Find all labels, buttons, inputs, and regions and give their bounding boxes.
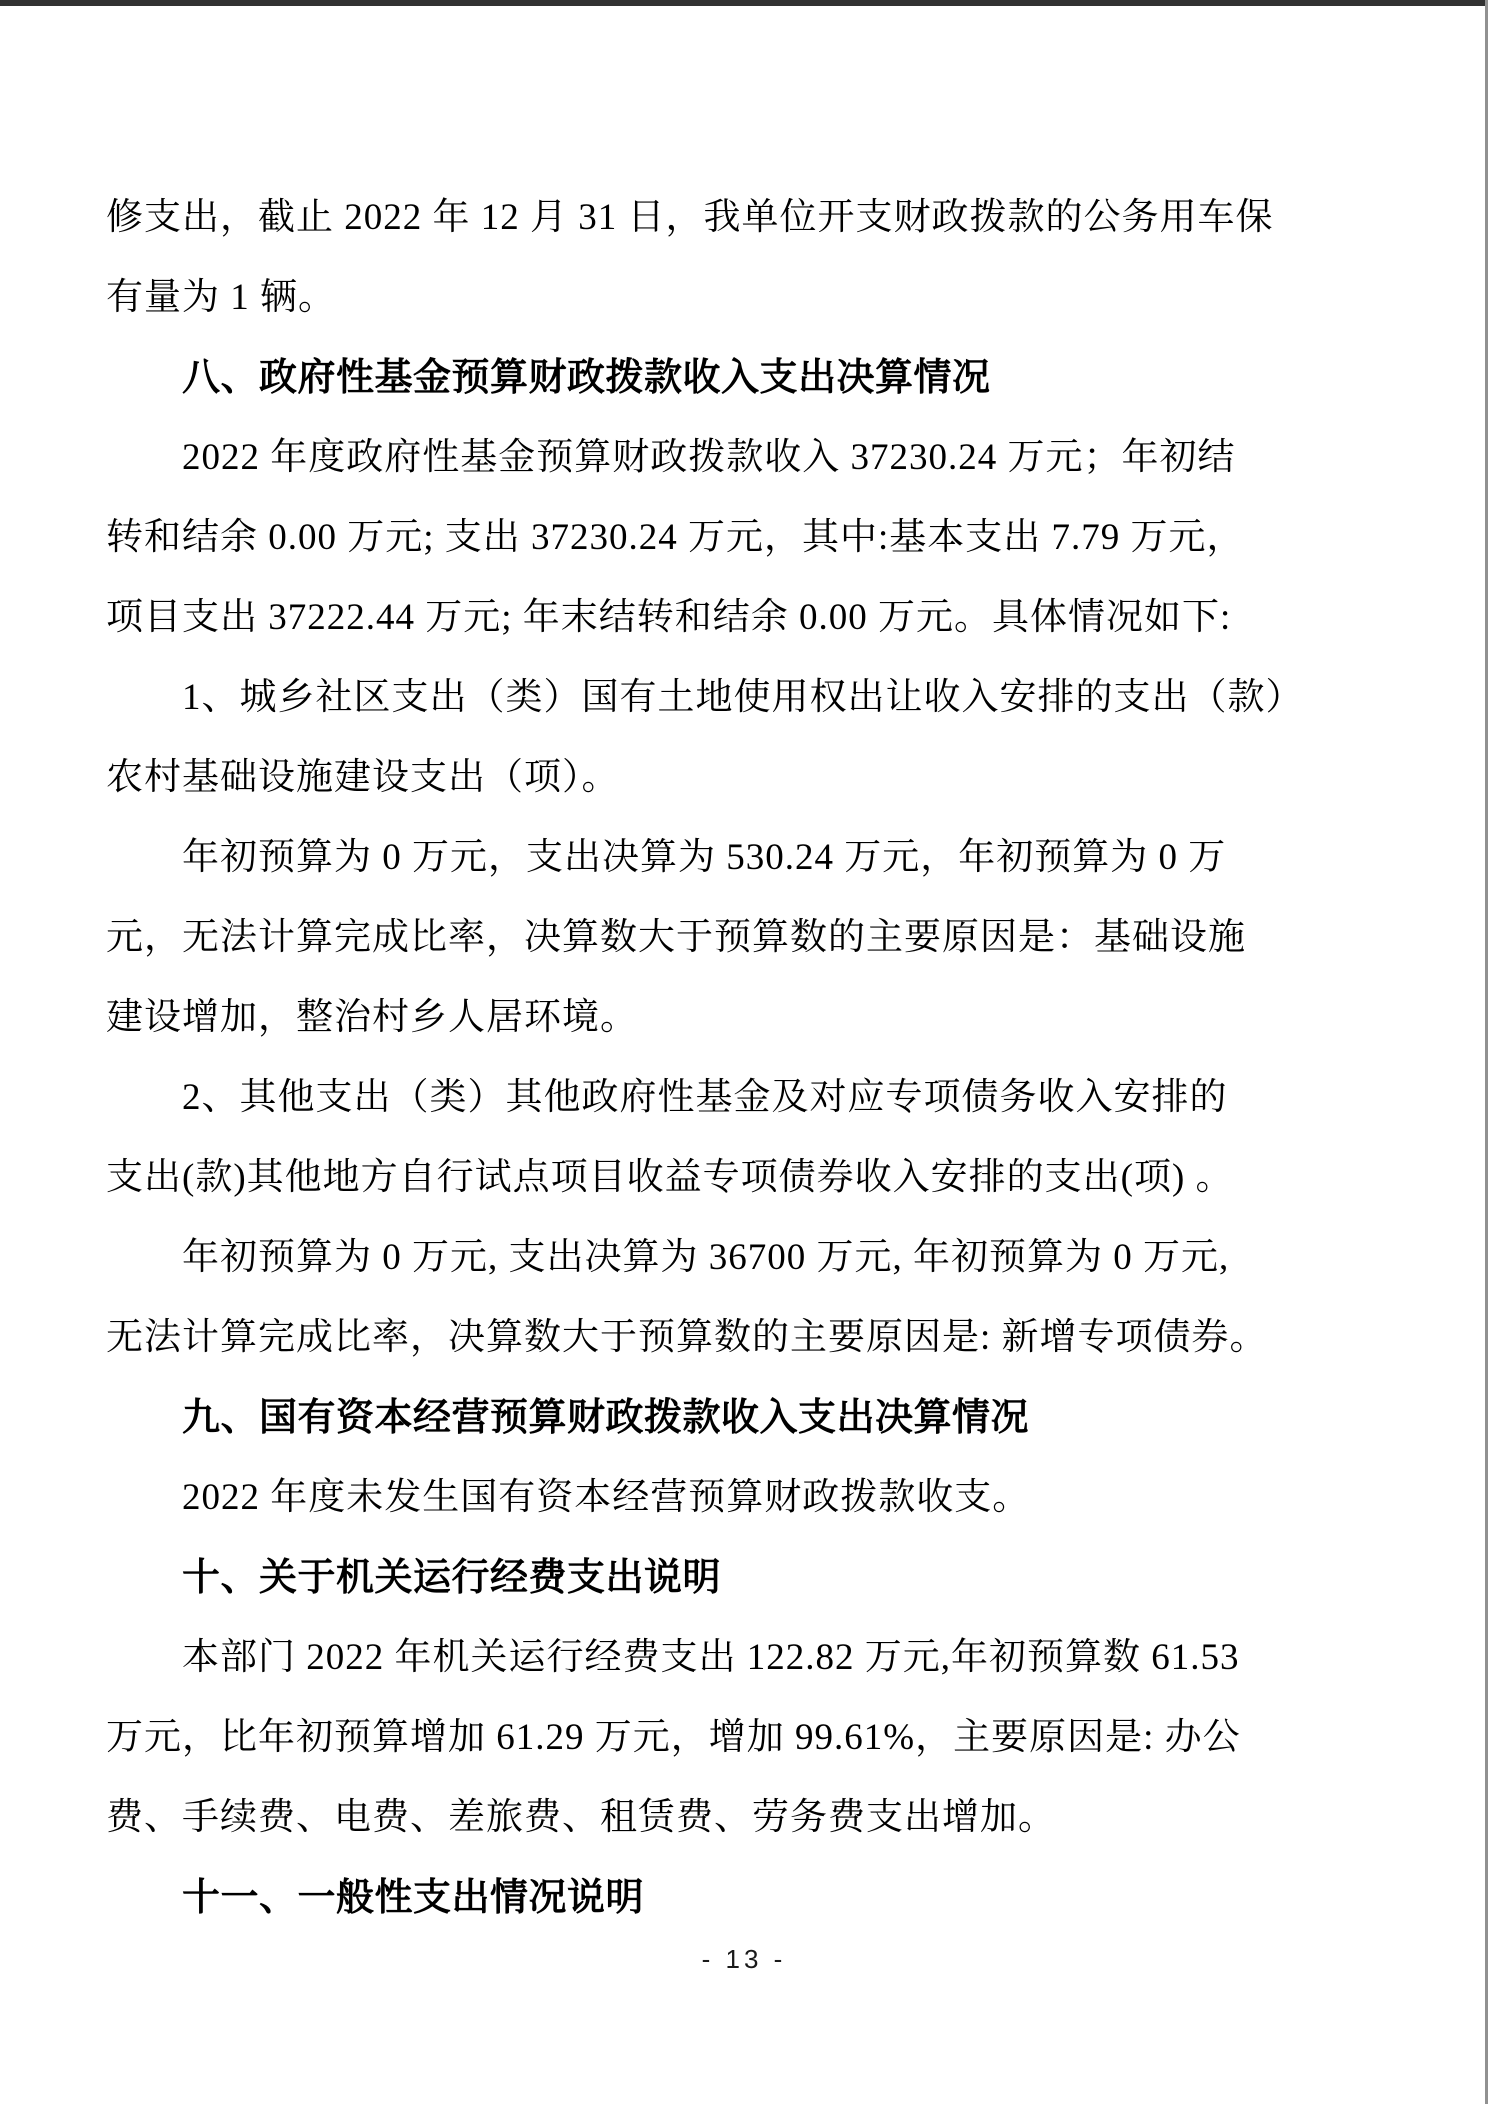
- text-line: 万元，比年初预算增加 61.29 万元，增加 99.61%，主要原因是: 办公: [106, 1698, 1398, 1778]
- text-line: 本部门 2022 年机关运行经费支出 122.82 万元,年初预算数 61.53: [106, 1618, 1398, 1698]
- text-line: 无法计算完成比率，决算数大于预算数的主要原因是: 新增专项债券。: [106, 1298, 1398, 1378]
- text-line: 支出(款)其他地方自行试点项目收益专项债券收入安排的支出(项) 。: [106, 1138, 1398, 1218]
- document-page: 修支出，截止 2022 年 12 月 31 日，我单位开支财政拨款的公务用车保有…: [0, 0, 1488, 2104]
- text-line: 费、手续费、电费、差旅费、租赁费、劳务费支出增加。: [106, 1778, 1398, 1858]
- section-heading: 八、政府性基金预算财政拨款收入支出决算情况: [106, 338, 1398, 418]
- text-line: 1、城乡社区支出（类）国有土地使用权出让收入安排的支出（款）: [106, 658, 1398, 738]
- text-line: 2、其他支出（类）其他政府性基金及对应专项债务收入安排的: [106, 1058, 1398, 1138]
- document-body: 修支出，截止 2022 年 12 月 31 日，我单位开支财政拨款的公务用车保有…: [106, 178, 1398, 1938]
- section-heading: 十、关于机关运行经费支出说明: [106, 1538, 1398, 1618]
- page-number: - 13 -: [0, 1944, 1488, 1975]
- text-line: 年初预算为 0 万元, 支出决算为 36700 万元, 年初预算为 0 万元,: [106, 1218, 1398, 1298]
- section-heading: 九、国有资本经营预算财政拨款收入支出决算情况: [106, 1378, 1398, 1458]
- text-line: 修支出，截止 2022 年 12 月 31 日，我单位开支财政拨款的公务用车保: [106, 178, 1398, 258]
- scan-edge-top: [0, 0, 1488, 6]
- text-line: 2022 年度政府性基金预算财政拨款收入 37230.24 万元；年初结: [106, 418, 1398, 498]
- section-heading: 十一、一般性支出情况说明: [106, 1858, 1398, 1938]
- text-line: 元，无法计算完成比率，决算数大于预算数的主要原因是：基础设施: [106, 898, 1398, 978]
- text-line: 转和结余 0.00 万元; 支出 37230.24 万元，其中:基本支出 7.7…: [106, 498, 1398, 578]
- text-line: 有量为 1 辆。: [106, 258, 1398, 338]
- text-line: 建设增加，整治村乡人居环境。: [106, 978, 1398, 1058]
- text-line: 年初预算为 0 万元，支出决算为 530.24 万元，年初预算为 0 万: [106, 818, 1398, 898]
- text-line: 2022 年度未发生国有资本经营预算财政拨款收支。: [106, 1458, 1398, 1538]
- text-line: 项目支出 37222.44 万元; 年末结转和结余 0.00 万元。具体情况如下…: [106, 578, 1398, 658]
- text-line: 农村基础设施建设支出（项）。: [106, 738, 1398, 818]
